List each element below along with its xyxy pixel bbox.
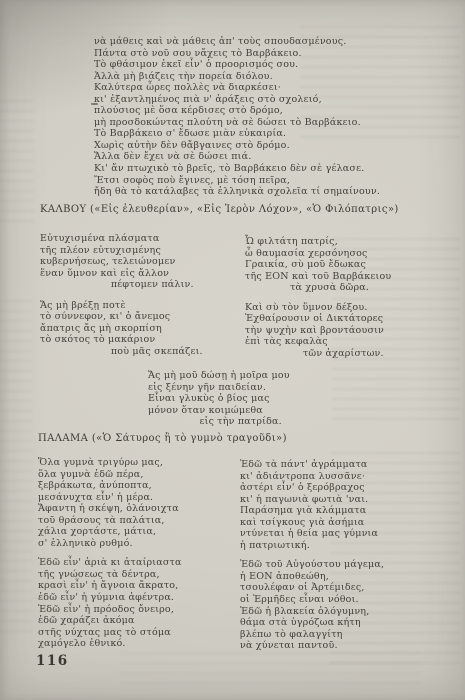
poem-line: ντύνεται ἡ θεία μας γύμνια	[240, 528, 384, 540]
kalvos-left-column: Εὐτυχισμένα πλάσματατῆς πλέον εὐτυχισμέν…	[40, 233, 203, 357]
stanza: Ἐδῶ εἶν' ἀριὰ κι ἀταίριαστατῆς γνώσεως τ…	[38, 557, 182, 649]
poem-line: ξεβράκωτα, ἀνύποπτα,	[38, 480, 182, 492]
poem-line: ὅλα γυμνὰ ἐδῶ πέρα,	[38, 469, 182, 481]
poem-line: Ἄς μὴ βρέξῃ ποτὲ	[40, 300, 203, 312]
stanza: Ἄς μὴ μοῦ δώσῃ ἡ μοῖρα μουεἰς ξένην γῆν …	[148, 370, 290, 428]
poem-line: χαμόγελο ἐθνικό.	[38, 638, 182, 650]
poem-line: μὴ προσδοκώντας πλούτη νὰ σὲ δώσει τὸ Βα…	[94, 117, 380, 129]
poem-line: ἤδη θὰ τὸ κατάλαβες τὰ ἑλληνικὰ σχολεῖα …	[94, 186, 380, 198]
poem-line: ὦ θαυμασία χερσόνησος	[245, 248, 391, 260]
poem-line: Τὸ Βαρβάκειο σ' ἔδωσε μιὰν εὐκαιρία.	[94, 128, 380, 140]
poem-line: Ἀλλὰ μὴ βιάζεις τὴν πορεία διόλου.	[94, 71, 380, 83]
poem-line: μόνον ὅταν κοιμώμεθα	[148, 405, 290, 417]
poem-line: οἱ Ἑρμῆδες εἶναι νόθοι.	[240, 594, 384, 606]
stanza: Ὦ φιλτάτη πατρίς,ὦ θαυμασία χερσόνησοςΓρ…	[245, 236, 391, 294]
book-page: νὰ μάθεις καὶ νὰ μάθεις ἀπ' τοὺς σπουδασ…	[0, 0, 465, 700]
stanza: Καὶ σὺ τὸν ὕμνον δέξου.Ἐχθαίρουσιν οἱ Δι…	[245, 302, 391, 360]
poem-line: Κι' ἄν πτωχικὸ τὸ βρεῖς, τὸ Βαρβάκειο δὲ…	[94, 163, 380, 175]
poem-line: Ἐδῶ τὰ πάντ' ἀγράμματα	[240, 459, 384, 471]
poem-line: Ἄλλα δὲν ἔχει νὰ σὲ δώσει πιά.	[94, 151, 380, 163]
poem-line: ἄπατρις ἄς μὴ σκορπίση	[40, 323, 203, 335]
poem-line: πέφτομεν πάλιν.	[40, 279, 203, 291]
margin-pencil-mark	[91, 103, 98, 105]
kalvos-section-heading: ΚΑΛΒΟΥ («Εἰς ἐλευθερίαν», «Εἰς Ἱερὸν Λόχ…	[40, 204, 399, 215]
poem-line: Παράσημα γιὰ κλάμματα	[240, 505, 384, 517]
poem-line: τοῦ θράσους τὰ παλάτια,	[38, 515, 182, 527]
poem-line: μεσάνυχτα εἶν' ἡ μέρα.	[38, 492, 182, 504]
poem-line: Τὸ φθάσιμον ἐκεῖ εἶν' ὁ προορισμός σου.	[94, 59, 380, 71]
poem-line: τὸ σύννεφον, κι' ὁ ἄνεμος	[40, 311, 203, 323]
poem-line: ἕναν ὕμνον καὶ εἰς ἄλλον	[40, 268, 203, 280]
poem-line: Εἶναι γλυκὺς ὁ βίος μας	[148, 393, 290, 405]
palamas-section-heading: ΠΑΛΑΜΑ («Ὁ Σάτυρος ἢ τὸ γυμνὸ τραγοῦδι»)	[38, 433, 287, 444]
poem-line: Ὅλα γυμνὰ τριγύρω μας,	[38, 457, 182, 469]
poem-line: Καὶ σὺ τὸν ὕμνον δέξου.	[245, 302, 391, 314]
poem-line: στῆς νύχτας μας τὸ στόμα	[38, 627, 182, 639]
page-number: 116	[36, 653, 69, 669]
stanza: Ἐδῶ τοῦ Αὐγούστου μάγεμα,ἡ ΕΟΝ ἀποθεώθη,…	[240, 559, 384, 651]
kalvos-right-column: Ὦ φιλτάτη πατρίς,ὦ θαυμασία χερσόνησοςΓρ…	[245, 236, 391, 359]
poem-line: Ἄφαντη ἡ σκέψη, ὁλάνοιχτα	[38, 503, 182, 515]
poem-line: ἡ πατριωτική.	[240, 540, 384, 552]
poem-line: τῶν ἀχαρίστων.	[245, 348, 391, 360]
poem-line: Ἄς μὴ μοῦ δώσῃ ἡ μοῖρα μου	[148, 370, 290, 382]
poem-line: Γραικία, σὺ μοῦ ἔδωκας	[245, 259, 391, 271]
stanza: Ἄς μὴ βρέξῃ ποτὲτὸ σύννεφον, κι' ὁ ἄνεμο…	[40, 300, 203, 358]
poem-line: θάμα στὰ ὑγρόζωα κήτη	[240, 617, 384, 629]
poem-line: τσουλέφαν οἱ Ἀρτέμιδες,	[240, 582, 384, 594]
poem-line: κρασὶ εἶν' ἡ ἄγνοια ἄκρατο,	[38, 580, 182, 592]
palamas-left-column: Ὅλα γυμνὰ τριγύρω μας,ὅλα γυμνὰ ἐδῶ πέρα…	[38, 457, 182, 650]
ink-show-through	[0, 100, 34, 230]
poem-line: κι' ἀδιάντροπα λυσσᾶνε·	[240, 471, 384, 483]
poem-line: ἐδῶ εἶν' ἡ γύμνια ἀφέντρα.	[38, 592, 182, 604]
poem-line: εἰς ξένην γῆν παιδείαν.	[148, 382, 290, 394]
poem-line: ἀστέρι εἶν' ὁ ξερόβραχος	[240, 482, 384, 494]
stanza: Ὅλα γυμνὰ τριγύρω μας,ὅλα γυμνὰ ἐδῶ πέρα…	[38, 457, 182, 549]
poem-line: Ἐδῶ ἡ βλακεία ὁλόγυμνη,	[240, 606, 384, 618]
poem-line: καὶ τσίγκους γιὰ ἀσήμια	[240, 517, 384, 529]
poem-line: Χωρὶς αὐτὴν δὲν θἄβγαινες στὸ δρόμο.	[94, 140, 380, 152]
poem-line: τῆς ΕΟΝ καὶ τοῦ Βαρβάκειου	[245, 271, 391, 283]
poem-line: ἐπὶ τὰς κεφαλὰς	[245, 336, 391, 348]
poem-line: εἰς τὴν πατρίδα.	[148, 416, 290, 428]
poem-line: Ἐδῶ εἶν' ἀριὰ κι ἀταίριαστα	[38, 557, 182, 569]
poem-line: κι' ἡ παγωνιὰ φωτιὰ 'ναι.	[240, 494, 384, 506]
poem-line: ἡ ΕΟΝ ἀποθεώθη,	[240, 571, 384, 583]
poem-line: νὰ χύνεται παντοῦ.	[240, 640, 384, 652]
poem-line: σ' ἑλληνικὸ ρυθμό.	[38, 538, 182, 550]
poem-line: τὸ σκότος τὸ μακάριον	[40, 334, 203, 346]
poem-line: χάλια χορτάστε, μάτια,	[38, 526, 182, 538]
kalvos-center-stanza: Ἄς μὴ μοῦ δώσῃ ἡ μοῖρα μουεἰς ξένην γῆν …	[148, 370, 290, 428]
top-poem: νὰ μάθεις καὶ νὰ μάθεις ἀπ' τοὺς σπουδασ…	[94, 36, 380, 198]
stanza: Ἐδῶ τὰ πάντ' ἀγράμματακι' ἀδιάντροπα λυσ…	[240, 459, 384, 551]
poem-line: Ὦ φιλτάτη πατρίς,	[245, 236, 391, 248]
ink-show-through	[120, 652, 420, 688]
poem-line: κι' ἐξαντλημένος πιὰ ν' ἀράξεις στὸ σχολ…	[94, 94, 380, 106]
poem-line: νὰ μάθεις καὶ νὰ μάθεις ἀπ' τοὺς σπουδασ…	[94, 36, 380, 48]
ink-show-through	[0, 300, 32, 640]
poem-line: τῆς πλέον εὐτυχισμένης	[40, 245, 203, 257]
poem-line: Ἐδῶ εἶν' ἡ πρόοδος ὄνειρο,	[38, 604, 182, 616]
poem-line: τὴν ψυχὴν καὶ βροντάουσιν	[245, 325, 391, 337]
poem-line: τὰ χρυσὰ δῶρα.	[245, 282, 391, 294]
poem-line: Ἐδῶ τοῦ Αὐγούστου μάγεμα,	[240, 559, 384, 571]
poem-line: Καλύτερα ὧρες πολλὲς νὰ διαρκέσει·	[94, 82, 380, 94]
palamas-right-column: Ἐδῶ τὰ πάντ' ἀγράμματακι' ἀδιάντροπα λυσ…	[240, 459, 384, 652]
poem-line: ἐδῶ χαράζει ἀκόμα	[38, 615, 182, 627]
poem-line: τῆς γνώσεως τὰ δέντρα,	[38, 569, 182, 581]
poem-line: Ἔτσι σοφὸς ποὺ ἔγινες, μὲ τόση πεῖρα,	[94, 175, 380, 187]
poem-line: κυβερνήσεως, τελειώνομεν	[40, 256, 203, 268]
poem-line: ποὺ μᾶς σκεπάζει.	[40, 346, 203, 358]
poem-line: Ἐχθαίρουσιν οἱ Δικτάτορες	[245, 313, 391, 325]
poem-line: βλέπω τὸ φαλαγγίτη	[240, 629, 384, 641]
stanza: Εὐτυχισμένα πλάσματατῆς πλέον εὐτυχισμέν…	[40, 233, 203, 291]
poem-line: πλούσιος μὲ ὅσα κέρδισες στὸ δρόμο,	[94, 105, 380, 117]
poem-line: Εὐτυχισμένα πλάσματα	[40, 233, 203, 245]
poem-line: Πάντα στὸ νοῦ σου νἄχεις τὸ Βαρβάκειο.	[94, 48, 380, 60]
